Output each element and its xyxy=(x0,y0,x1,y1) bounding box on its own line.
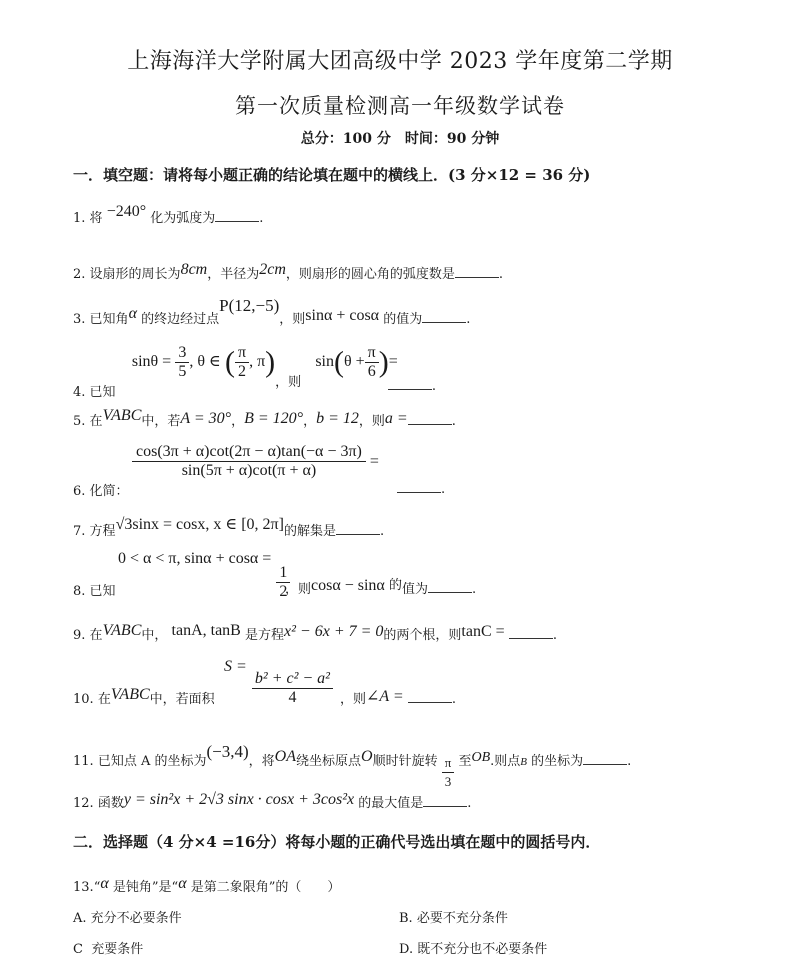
answer-blank[interactable] xyxy=(422,310,466,323)
question-5: 5. 在VABC中，若A = 30°，B = 120°，b = 12，则a =. xyxy=(73,410,456,430)
option-c[interactable]: C 充要条件 xyxy=(73,938,143,957)
answer-blank[interactable] xyxy=(455,265,499,278)
option-b[interactable]: B. 必要不充分条件 xyxy=(399,907,508,926)
question-9: 9. 在VABC中， tanA, tanB 是方程x² − 6x + 7 = 0… xyxy=(73,624,557,644)
option-a[interactable]: A. 充分不必要条件 xyxy=(73,907,182,926)
answer-blank[interactable] xyxy=(397,480,441,493)
question-6: 6. 化简： xyxy=(73,480,129,499)
question-12: 12. 函数y = sin²x + 2√3 sinx · cosx + 3cos… xyxy=(73,792,471,812)
answer-blank[interactable] xyxy=(336,522,380,535)
question-6-answer: . xyxy=(397,480,445,497)
question-8-expr: 0 < α < π, sinα + cosα = 12 xyxy=(118,548,290,601)
question-7: 7. 方程√3sinx = cosx, x ∈ [0, 2π]的解集是. xyxy=(73,520,384,540)
section2-heading: 二．选择题（4 分×4 =16分）将每小题的正确代号选出填在题中的圆括号内． xyxy=(73,831,600,852)
answer-blank[interactable] xyxy=(215,209,259,222)
option-d[interactable]: D. 既不充分也不必要条件 xyxy=(399,938,547,957)
exam-title-line2: 第一次质量检测高一年级数学试卷 xyxy=(0,90,800,120)
question-11: 11. 已知点 A 的坐标为(−3,4)，将OA绕坐标原点O顺时针旋转 π3 至… xyxy=(73,750,631,791)
section1-heading: 一．填空题：请将每小题正确的结论填在题中的横线上．(3 分×12 = 36 分) xyxy=(73,164,590,185)
answer-blank[interactable] xyxy=(408,412,452,425)
answer-blank[interactable] xyxy=(408,690,452,703)
question-8: 8. 已知 xyxy=(73,580,116,599)
question-10-tail: ，则∠A = . xyxy=(340,688,456,708)
fraction: π6 xyxy=(365,344,379,381)
question-10-expr: S = b² + c² − a²4 xyxy=(224,656,333,707)
question-2: 2. 设扇形的周长为8cm，半径为2cm，则扇形的圆心角的弧度数是. xyxy=(73,263,503,283)
question-4: 4. 已知 sinθ = 35, θ ∈ (π2, π)，则 sin(θ +π6… xyxy=(73,344,436,381)
exam-title-line1: 上海海洋大学附属大团高级中学 2023 学年度第二学期 xyxy=(0,44,800,75)
question-13: 13.“α 是钝角”是“α 是第二象限角”的（ ） xyxy=(73,876,340,896)
answer-blank[interactable] xyxy=(509,626,553,639)
exam-meta: 总分：100 分 时间：90 分钟 xyxy=(0,128,800,148)
question-3: 3. 已知角α 的终边经过点P(12,−5)，则sinα + cosα 的值为. xyxy=(73,308,470,328)
question-10: 10. 在VABC中，若面积 xyxy=(73,688,215,708)
question-8-tail: ，则cosα − sinα 的值为. xyxy=(285,578,476,598)
answer-blank[interactable] xyxy=(583,752,627,765)
question-1: 1. 将 −240° 化为弧度为. xyxy=(73,207,263,227)
fraction: π2 xyxy=(235,344,249,381)
answer-blank[interactable] xyxy=(428,580,472,593)
answer-blank[interactable] xyxy=(388,377,432,390)
answer-blank[interactable] xyxy=(423,794,467,807)
question-6-fraction: cos(3π + α)cot(2π − α)tan(−α − 3π)sin(5π… xyxy=(132,443,379,480)
fraction: 35 xyxy=(175,344,189,381)
